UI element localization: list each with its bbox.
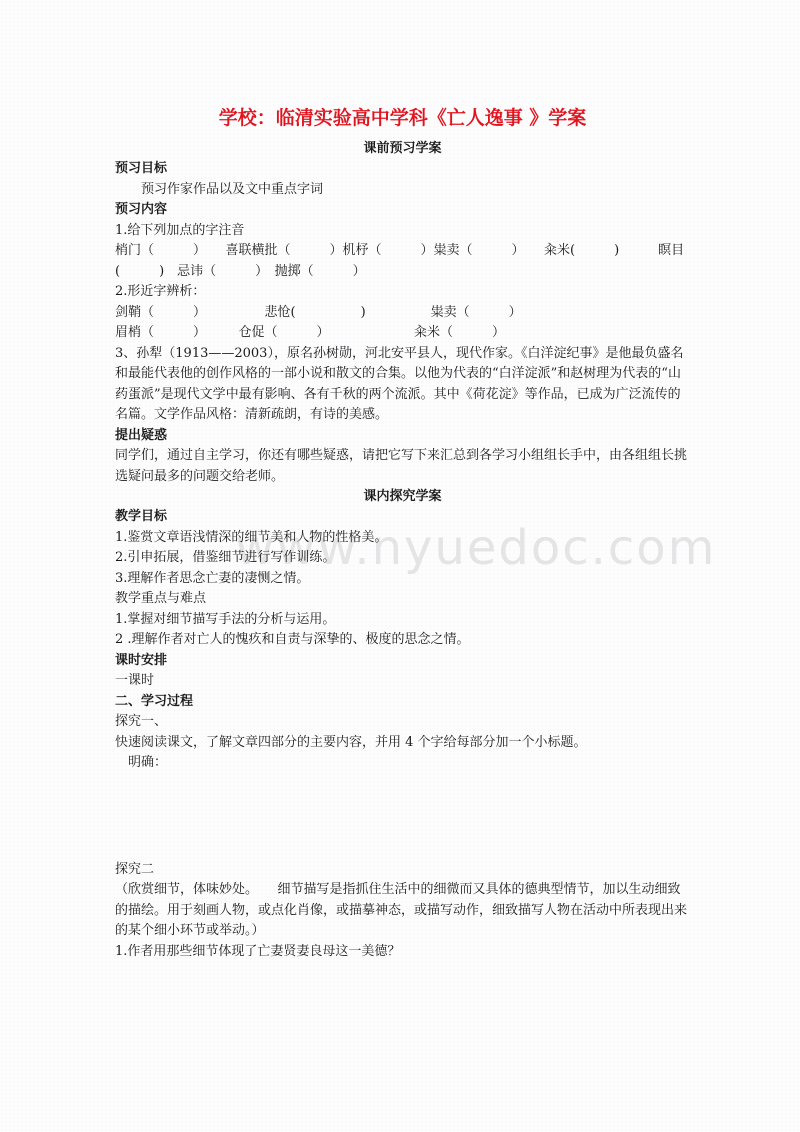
- q1-pinyin-row-1: 梢门（ ） 喜联横批（ ）机杼（ ）粜卖（ ） 籴米( ) 瞑目: [115, 241, 690, 262]
- explore-2-label: 探究二: [115, 860, 690, 881]
- process-heading: 二、学习过程: [115, 692, 690, 713]
- in-class-section-title: 课内探究学案: [115, 487, 690, 507]
- question-heading: 提出疑惑: [115, 426, 690, 447]
- teaching-goal-heading: 教学目标: [115, 507, 690, 528]
- explore-2-question-1: 1.作者用那些细节体现了亡妻贤妻良母这一美德？: [115, 942, 690, 963]
- q3-author-intro: 3、孙犁（1913——2003），原名孙树勋，河北安平县人，现代作家。《白洋淀纪…: [115, 344, 690, 426]
- explore-1-answer-label: 明确：: [115, 753, 690, 774]
- document-content: 学校：临清实验高中学科《亡人逸事 》学案 课前预习学案 预习目标 预习作家作品以…: [115, 103, 690, 962]
- pre-study-goal-text: 预习作家作品以及文中重点字词: [115, 180, 690, 201]
- explore-1-text: 快速阅读课文，了解文章四部分的主要内容，并用 4 个字给每部分加一个小标题。: [115, 733, 690, 754]
- key-point-1: 1.掌握对细节描写手法的分析与运用。: [115, 610, 690, 631]
- explore-2-text: （欣赏细节，体味妙处。 细节描写是指抓住生活中的细微而又具体的德典型情节，加以生…: [115, 880, 690, 942]
- teaching-goal-2: 2.引申拓展，借鉴细节进行写作训练。: [115, 548, 690, 569]
- document-title: 学校：临清实验高中学科《亡人逸事 》学案: [115, 103, 690, 133]
- pre-study-content-heading: 预习内容: [115, 200, 690, 221]
- q1-pinyin-row-2: ( ) 忌讳（ ） 抛掷（ ）: [115, 262, 690, 283]
- q2-row-2: 眉梢（ ） 仓促（ ） 籴米（ ）: [115, 323, 690, 344]
- explore-1-label: 探究一、: [115, 712, 690, 733]
- q1-label: 1.给下列加点的字注音: [115, 221, 690, 242]
- schedule-heading: 课时安排: [115, 651, 690, 672]
- q2-row-1: 剑鞘（ ） 悲怆( ) 粜卖（ ）: [115, 303, 690, 324]
- teaching-goal-3: 3.理解作者思念亡妻的凄恻之情。: [115, 569, 690, 590]
- key-points-label: 教学重点与难点: [115, 589, 690, 610]
- document-page: www.nyuedoc.com 学校：临清实验高中学科《亡人逸事 》学案 课前预…: [0, 0, 800, 1132]
- teaching-goal-1: 1.鉴赏文章语浅情深的细节美和人物的性格美。: [115, 528, 690, 549]
- pre-study-goal-heading: 预习目标: [115, 159, 690, 180]
- q2-label: 2.形近字辨析：: [115, 282, 690, 303]
- question-text: 同学们，通过自主学习，你还有哪些疑惑，请把它写下来汇总到各学习小组组长手中，由各…: [115, 446, 690, 487]
- answer-space: [115, 774, 690, 860]
- schedule-text: 一课时: [115, 671, 690, 692]
- pre-study-section-title: 课前预习学案: [115, 139, 690, 159]
- key-point-2: 2 .理解作者对亡人的愧疚和自责与深挚的、极度的思念之情。: [115, 630, 690, 651]
